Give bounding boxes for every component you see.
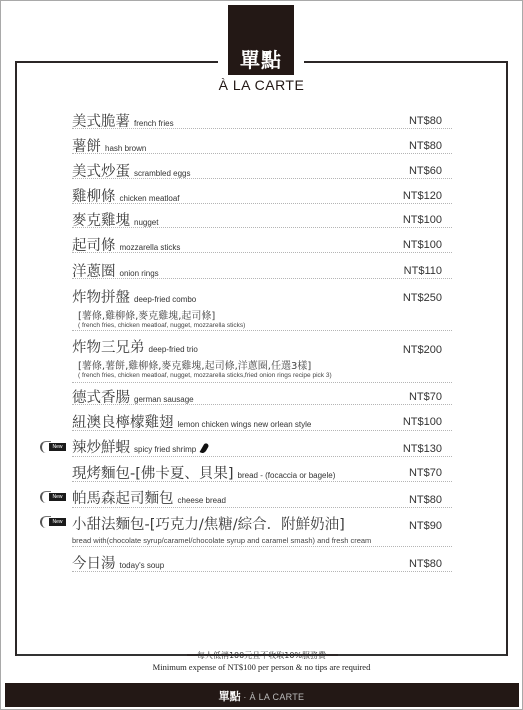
item-price: NT$80 — [409, 115, 442, 127]
menu-item: 麥克雞塊nugget NT$100 — [72, 209, 452, 228]
footer-note-zh: 每人低消100元且不收取10%服務費 — [0, 650, 523, 661]
menu-item: 辣炒鮮蝦spicy fried shrimp NT$130 — [72, 436, 452, 457]
menu-item: 紐澳良檸檬雞翅lemon chicken wings new orlean st… — [72, 411, 452, 431]
new-badge: New — [40, 491, 68, 503]
new-tag: New — [49, 493, 66, 501]
item-name-en: cheese bread — [178, 496, 226, 505]
item-name-en: today's soup — [120, 561, 165, 570]
new-badge: New — [40, 516, 68, 528]
item-name-zh: 起司條 — [72, 238, 116, 254]
page-title-en: À LA CARTE — [0, 77, 523, 93]
item-name-zh: 帕馬森起司麵包 — [72, 491, 174, 507]
item-name-en: hash brown — [105, 144, 146, 153]
item-price: NT$70 — [409, 391, 442, 403]
menu-item: 雞柳條chicken meatloaf NT$120 — [72, 185, 452, 204]
menu-item: 美式脆薯french fries NT$80 — [72, 110, 452, 129]
item-price: NT$120 — [403, 190, 442, 202]
item-name-zh: 小甜法麵包-[巧克力/焦糖/綜合．附鮮奶油] — [72, 517, 345, 533]
item-name-zh: 美式脆薯 — [72, 114, 130, 130]
item-price: NT$80 — [409, 494, 442, 506]
item-contents-zh: [薯條,薯餅,雞柳條,麥克雞塊,起司條,洋蔥圈,任選3樣] — [78, 357, 452, 372]
item-price: NT$250 — [403, 292, 442, 304]
menu-item: 帕馬森起司麵包cheese bread NT$80 — [72, 487, 452, 508]
item-contents-en: ( french fries, chicken meatloaf, nugget… — [78, 322, 452, 329]
chili-pepper-icon — [200, 442, 210, 454]
new-badge: New — [40, 441, 68, 453]
item-name-en: lemon chicken wings new orlean style — [178, 420, 312, 429]
item-name-zh: 炸物三兄弟 — [72, 340, 145, 356]
item-name-en: bread - (focaccia or bagele) — [238, 471, 336, 480]
item-contents-zh: [薯條,雞柳條,麥克雞塊,起司條] — [78, 307, 452, 322]
item-name-en: deep-fried combo — [134, 295, 196, 304]
menu-item: 薯餅hash brown NT$80 — [72, 135, 452, 154]
menu-item: 洋蔥圈onion rings NT$110 — [72, 260, 452, 279]
item-price: NT$70 — [409, 467, 442, 479]
item-price: NT$90 — [409, 520, 442, 532]
item-name-zh: 今日湯 — [72, 556, 116, 572]
item-contents-en: ( french fries, chicken meatloaf, nugget… — [78, 372, 452, 379]
item-price: NT$80 — [409, 558, 442, 570]
item-name-en: deep-fried trio — [149, 345, 198, 354]
item-name-en: onion rings — [120, 269, 159, 278]
item-price: NT$100 — [403, 416, 442, 428]
item-price: NT$130 — [403, 443, 442, 455]
item-name-zh: 現烤麵包-[佛卡夏、貝果] — [72, 466, 234, 482]
item-price: NT$110 — [404, 265, 442, 277]
menu-item: 起司條mozzarella sticks NT$100 — [72, 234, 452, 253]
item-name-zh: 德式香腸 — [72, 390, 130, 406]
item-price: NT$100 — [403, 214, 442, 226]
item-price: NT$100 — [403, 239, 442, 251]
bottom-title-zh: 單點 — [219, 690, 241, 703]
item-price: NT$80 — [409, 140, 442, 152]
item-name-en: french fries — [134, 119, 174, 128]
bottom-title-sep: · — [243, 692, 246, 702]
item-contents-en: bread with(chocolate syrup/caramel/choco… — [72, 536, 472, 545]
item-name-zh: 炸物拼盤 — [72, 290, 130, 306]
item-name-zh: 雞柳條 — [72, 189, 116, 205]
bottom-title-en: À LA CARTE — [250, 692, 305, 702]
bottom-bar-title: 單點 · À LA CARTE — [0, 688, 523, 704]
item-name-zh: 薯餅 — [72, 139, 101, 155]
footer-note-en: Minimum expense of NT$100 per person & n… — [0, 662, 523, 672]
item-name-en: chicken meatloaf — [120, 194, 180, 203]
menu-item: 今日湯today's soup NT$80 — [72, 552, 452, 572]
new-tag: New — [49, 518, 66, 526]
item-price: NT$60 — [409, 165, 442, 177]
new-tag: New — [49, 443, 66, 451]
item-price: NT$200 — [403, 344, 442, 356]
item-name-en: nugget — [134, 218, 158, 227]
item-name-en: german sausage — [134, 395, 194, 404]
menu-item: 炸物拼盤deep-fried combo [薯條,雞柳條,麥克雞塊,起司條] (… — [72, 286, 452, 331]
menu-item: 美式炒蛋scrambled eggs NT$60 — [72, 160, 452, 179]
item-name-zh: 辣炒鮮蝦 — [72, 440, 130, 456]
item-name-zh: 洋蔥圈 — [72, 264, 116, 280]
item-name-en: mozzarella sticks — [120, 243, 181, 252]
menu-item: 小甜法麵包-[巧克力/焦糖/綜合．附鮮奶油] bread with(chocol… — [72, 513, 452, 547]
menu-item: 現烤麵包-[佛卡夏、貝果]bread - (focaccia or bagele… — [72, 462, 452, 482]
menu-item: 德式香腸german sausage NT$70 — [72, 386, 452, 405]
menu-item: 炸物三兄弟deep-fried trio [薯條,薯餅,雞柳條,麥克雞塊,起司條… — [72, 336, 452, 383]
item-name-en: scrambled eggs — [134, 169, 190, 178]
item-name-zh: 紐澳良檸檬雞翅 — [72, 415, 174, 431]
page-title-zh: 單點 — [228, 44, 294, 73]
item-name-en: spicy fried shrimp — [134, 445, 196, 454]
item-name-zh: 美式炒蛋 — [72, 164, 130, 180]
item-name-zh: 麥克雞塊 — [72, 213, 130, 229]
